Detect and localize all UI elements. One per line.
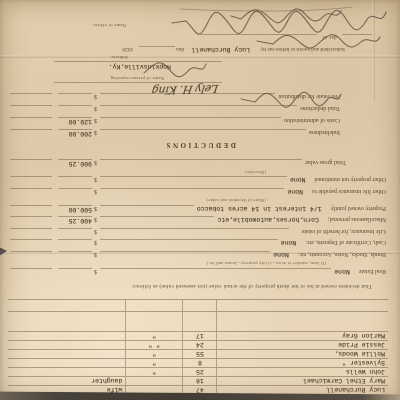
asset-line-property-jointly: Property owned jointly 1/4 interest in 1… — [10, 205, 386, 214]
asset-label: Miscellaneous personal; — [328, 217, 386, 223]
rule-line — [100, 251, 270, 253]
heir-name: John Wells — [217, 368, 388, 377]
asset-line-life-insurance: Life Insurance, for benefit of estate $ — [10, 228, 386, 237]
asset-typed-value: None — [273, 251, 289, 258]
asset-label: Property owned jointly — [331, 205, 386, 211]
heir-age: 24 — [183, 341, 217, 350]
asset-typed-value: None — [334, 268, 350, 275]
asset-typed-value: 1/4 interest in 14 acres tobacco — [197, 205, 322, 212]
heir-relation — [8, 332, 126, 341]
heir-relation — [8, 368, 126, 377]
asset-line-miscellaneous: Miscellaneous personal; Corn,horses,auto… — [10, 217, 386, 226]
asset-amount — [58, 251, 92, 252]
heir-col3: " — [126, 332, 183, 341]
dollar-sign: $ — [94, 251, 97, 257]
asset-note: (If farm, number of acres—if city proper… — [10, 262, 326, 267]
asset-amount — [58, 268, 92, 269]
asset-label: Real Estate — [359, 268, 386, 274]
heir-age: 25 — [183, 368, 217, 377]
year-printed: 1920 — [122, 46, 133, 52]
heir-name: Marion Gray — [217, 332, 388, 341]
table-row: Lucy Burchanell 47 wife — [8, 386, 388, 395]
heir-col3 — [126, 377, 183, 386]
scanned-document: Lucy Burchanell 47 wife Mary Ethel Carmi… — [0, 0, 400, 400]
rule-line — [10, 130, 52, 132]
deduction-line-costs: Costs of administration $ 120.00 — [10, 118, 340, 128]
blank-line — [139, 46, 175, 53]
heir-age: 16 — [183, 377, 217, 386]
asset-line-real-estate: Real Estate None $ — [10, 268, 386, 277]
heir-name: Mollie Woods, — [217, 350, 388, 359]
sworn-name-typed: Lucy Burchanell — [191, 46, 250, 53]
rule-line — [10, 118, 52, 120]
asset-amount — [58, 188, 92, 189]
asset-line-other-property: Other property not mentioned None $ — [10, 177, 386, 186]
table-row: John Wells 25 " — [8, 368, 388, 377]
asset-amount: 400.25 — [58, 217, 92, 225]
deduction-label: Indebtedness — [309, 130, 340, 136]
heir-relation — [8, 350, 126, 359]
rule-line — [10, 188, 52, 190]
table-row: Mary Ethel Carmichael 16 daughter — [8, 377, 388, 386]
dollar-sign: $ — [94, 177, 97, 183]
asset-label: Other life insurance payable to — [312, 188, 386, 194]
asset-line-other-insurance: Other life insurance payable to None $ — [10, 188, 386, 197]
intro-line: That decedent owned at his or her death … — [40, 283, 372, 289]
address-label: Address — [111, 55, 128, 60]
heir-relation: wife — [8, 386, 126, 395]
dollar-sign: $ — [94, 188, 97, 194]
heir-age: 17 — [183, 332, 217, 341]
deduction-label: Costs of administration — [284, 118, 340, 124]
rule-line — [10, 177, 52, 179]
handwritten-witness-mark — [230, 90, 345, 108]
rule-line — [10, 240, 52, 242]
heir-col3: " — [126, 368, 183, 377]
heir-col3: " — [126, 359, 183, 368]
asset-note: (Describe) — [10, 170, 266, 175]
rule-line — [100, 217, 214, 219]
officer-label: Name of officer — [93, 23, 126, 28]
asset-amount — [58, 228, 92, 229]
dollar-sign: $ — [94, 268, 97, 274]
handwritten-second-signature — [225, 6, 345, 24]
heir-name: Mary Ethel Carmichael — [217, 377, 388, 386]
sworn-this: this — [176, 46, 184, 52]
rule-line — [100, 130, 306, 132]
asset-note: (Share of decedent and value) — [10, 199, 266, 204]
rule-line — [10, 268, 52, 270]
asset-label: Life Insurance, for benefit of estate — [301, 228, 386, 234]
heir-col3: " — [126, 350, 183, 359]
handwritten-date-scribble — [245, 32, 385, 50]
table-row-empty — [8, 300, 388, 312]
rule-line — [10, 205, 52, 207]
asset-amount: 900.25 — [58, 160, 92, 168]
table-row: Jessie Pride 24 " " — [8, 341, 388, 350]
heir-relation — [8, 359, 126, 368]
dollar-sign: $ — [94, 118, 97, 124]
asset-amount — [58, 240, 92, 241]
asset-typed-value: Corn,horses,automobile,etc — [217, 217, 318, 224]
certification-section: Lely H. King Name of person reporting Ho… — [0, 0, 400, 110]
deductions-header: DEDUCTIONS — [0, 141, 400, 149]
dollar-sign: $ — [94, 160, 97, 166]
handwritten-scribble — [137, 60, 212, 80]
deduction-amount: 200.00 — [58, 130, 92, 138]
table-row: Mollie Woods, 55 " — [8, 350, 388, 359]
heir-age: 47 — [183, 386, 217, 395]
heir-col3: " " — [126, 341, 183, 350]
signature-line — [54, 82, 222, 83]
table-row: Marion Gray 17 " — [8, 332, 388, 341]
rule-line — [100, 268, 331, 270]
table-row: Sylvester " 8 " — [8, 359, 388, 368]
asset-amount: 500.00 — [58, 205, 92, 213]
heir-col3 — [126, 386, 183, 395]
dollar-sign: $ — [94, 240, 97, 246]
paper-form: Lucy Burchanell 47 wife Mary Ethel Carmi… — [0, 0, 400, 400]
asset-line-cash: Cash, Certificate of Deposits, etc. None… — [10, 240, 386, 249]
assets-section: Real Estate None $ (If farm, number of a… — [10, 157, 386, 277]
asset-typed-value: None — [287, 188, 303, 195]
asset-amount — [58, 177, 92, 178]
rule-line — [10, 160, 52, 162]
heir-age: 55 — [183, 350, 217, 359]
dollar-sign: $ — [94, 205, 97, 211]
paper-edge-notch — [0, 247, 7, 256]
heir-relation: daughter — [8, 377, 126, 386]
heir-age: 8 — [183, 359, 217, 368]
handwritten-reporter-signature: Lely H. King — [151, 82, 219, 97]
heir-relation — [8, 341, 126, 350]
heir-name: Sylvester " — [217, 359, 388, 368]
rule-line — [100, 160, 302, 162]
rule-line — [100, 118, 281, 120]
rule-line — [100, 228, 289, 230]
asset-label: Bonds, Stocks, Notes, Accounts, etc. — [298, 251, 386, 257]
dollar-sign: $ — [94, 217, 97, 223]
asset-label: Total gross value — [305, 160, 346, 166]
asset-line-bonds: Bonds, Stocks, Notes, Accounts, etc. Non… — [10, 251, 386, 260]
table-row-empty — [8, 312, 388, 332]
rule-line — [100, 188, 284, 190]
rule-line — [10, 228, 52, 230]
heir-name: Jessie Pride — [217, 341, 388, 350]
total-gross-value-line: Total gross value $ 900.25 — [10, 160, 346, 169]
deduction-line-indebtedness: Indebtedness $ 200.00 — [10, 130, 340, 140]
heir-name: Lucy Burchanell — [217, 386, 388, 395]
asset-typed-value: None — [290, 177, 306, 184]
deduction-amount: 120.00 — [58, 118, 92, 126]
rule-line — [100, 205, 194, 207]
asset-label: Cash, Certificate of Deposits, etc. — [305, 240, 386, 246]
heirs-table: Lucy Burchanell 47 wife Mary Ethel Carmi… — [8, 299, 388, 394]
rule-line — [100, 240, 278, 242]
asset-typed-value: None — [281, 240, 297, 247]
rule-line — [10, 217, 52, 219]
dollar-sign: $ — [94, 130, 97, 136]
rule-line — [100, 177, 287, 179]
rule-line — [10, 251, 52, 253]
dollar-sign: $ — [94, 228, 97, 234]
asset-label: Other property not mentioned — [315, 177, 386, 183]
